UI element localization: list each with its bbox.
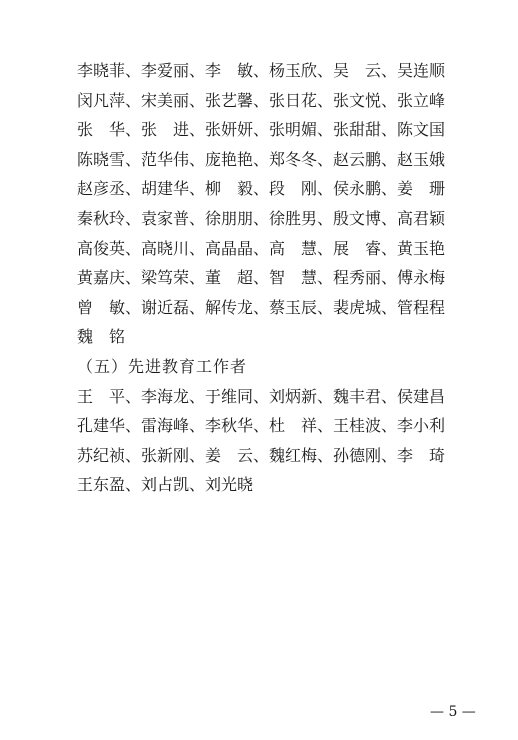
section-heading-advanced-educators: （五）先进教育工作者 [77, 352, 445, 382]
document-body: 李晓菲、李爱丽、李 敏、杨玉欣、吴 云、吴连顺 闵凡萍、宋美丽、张艺馨、张日花、… [77, 56, 445, 500]
name-list-line: 苏纪祯、张新刚、姜 云、魏红梅、孙德刚、李 琦 [77, 441, 445, 471]
page-number: — 5 — [430, 703, 476, 721]
name-list-line: 闵凡萍、宋美丽、张艺馨、张日花、张文悦、张立峰 [77, 86, 445, 116]
name-list-line: 李晓菲、李爱丽、李 敏、杨玉欣、吴 云、吴连顺 [77, 56, 445, 86]
name-list-line: 王东盈、刘占凯、刘光晓 [77, 470, 445, 500]
name-list-line: 孔建华、雷海峰、李秋华、杜 祥、王桂波、李小利 [77, 411, 445, 441]
document-page: 李晓菲、李爱丽、李 敏、杨玉欣、吴 云、吴连顺 闵凡萍、宋美丽、张艺馨、张日花、… [0, 0, 518, 740]
name-list-line: 张 华、张 进、张妍妍、张明媚、张甜甜、陈文国 [77, 115, 445, 145]
name-list-line: 陈晓雪、范华伟、庞艳艳、郑冬冬、赵云鹏、赵玉娥 [77, 145, 445, 175]
name-list-line: 黄嘉庆、梁笃荣、董 超、智 慧、程秀丽、傅永梅 [77, 263, 445, 293]
name-list-line: 高俊英、高晓川、高晶晶、高 慧、展 睿、黄玉艳 [77, 234, 445, 264]
name-list-line: 王 平、李海龙、于维同、刘炳新、魏丰君、侯建昌 [77, 382, 445, 412]
name-list-line: 曾 敏、谢近磊、解传龙、蔡玉辰、裴虎城、管程程 [77, 293, 445, 323]
name-list-line: 赵彦丞、胡建华、柳 毅、段 刚、侯永鹏、姜 珊 [77, 174, 445, 204]
name-list-line: 秦秋玲、袁家普、徐朋朋、徐胜男、殷文博、高君颖 [77, 204, 445, 234]
name-list-line: 魏 铭 [77, 322, 445, 352]
